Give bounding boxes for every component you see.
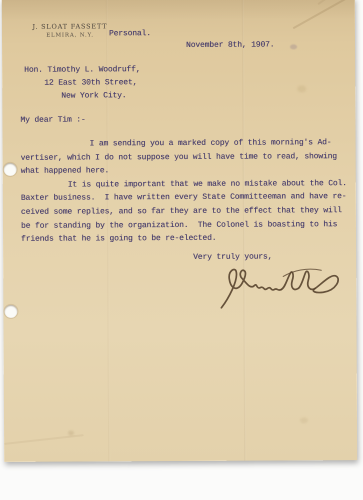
- salutation: My dear Tim :-: [20, 115, 85, 124]
- letterhead: J. SLOAT FASSETT ELMIRA, N.Y.: [22, 22, 118, 39]
- letter-paper: J. SLOAT FASSETT ELMIRA, N.Y. Personal. …: [2, 0, 357, 462]
- body-line: friends that he is going to be re-electe…: [21, 231, 353, 246]
- punch-hole-bottom: [4, 305, 17, 318]
- recipient-name: Hon. Timothy L. Woodruff,: [24, 65, 140, 75]
- recipient-street: 12 East 30th Street,: [44, 78, 137, 87]
- scanned-letter-page: { "document": { "letterhead": { "name": …: [0, 0, 363, 500]
- recipient-city: New York City.: [61, 91, 126, 100]
- paper-stain: [300, 417, 308, 423]
- date-line: November 8th, 1907.: [186, 41, 274, 50]
- paper-stain: [297, 85, 306, 92]
- ink-smudge: [290, 44, 297, 49]
- letterhead-name: J. SLOAT FASSETT: [22, 22, 118, 31]
- bottom-crease: [4, 434, 84, 444]
- closing-line: Very truly yours,: [193, 253, 272, 262]
- signature-handwriting: [215, 263, 345, 314]
- personal-notation: Personal.: [109, 29, 151, 38]
- paper-stain: [68, 431, 74, 436]
- letter-body: I am sending you a marked copy of this m…: [21, 136, 354, 246]
- letterhead-place: ELMIRA, N.Y.: [22, 32, 118, 39]
- corner-crease: [293, 0, 348, 29]
- signature-icon: [215, 263, 345, 314]
- punch-hole-top: [4, 163, 17, 176]
